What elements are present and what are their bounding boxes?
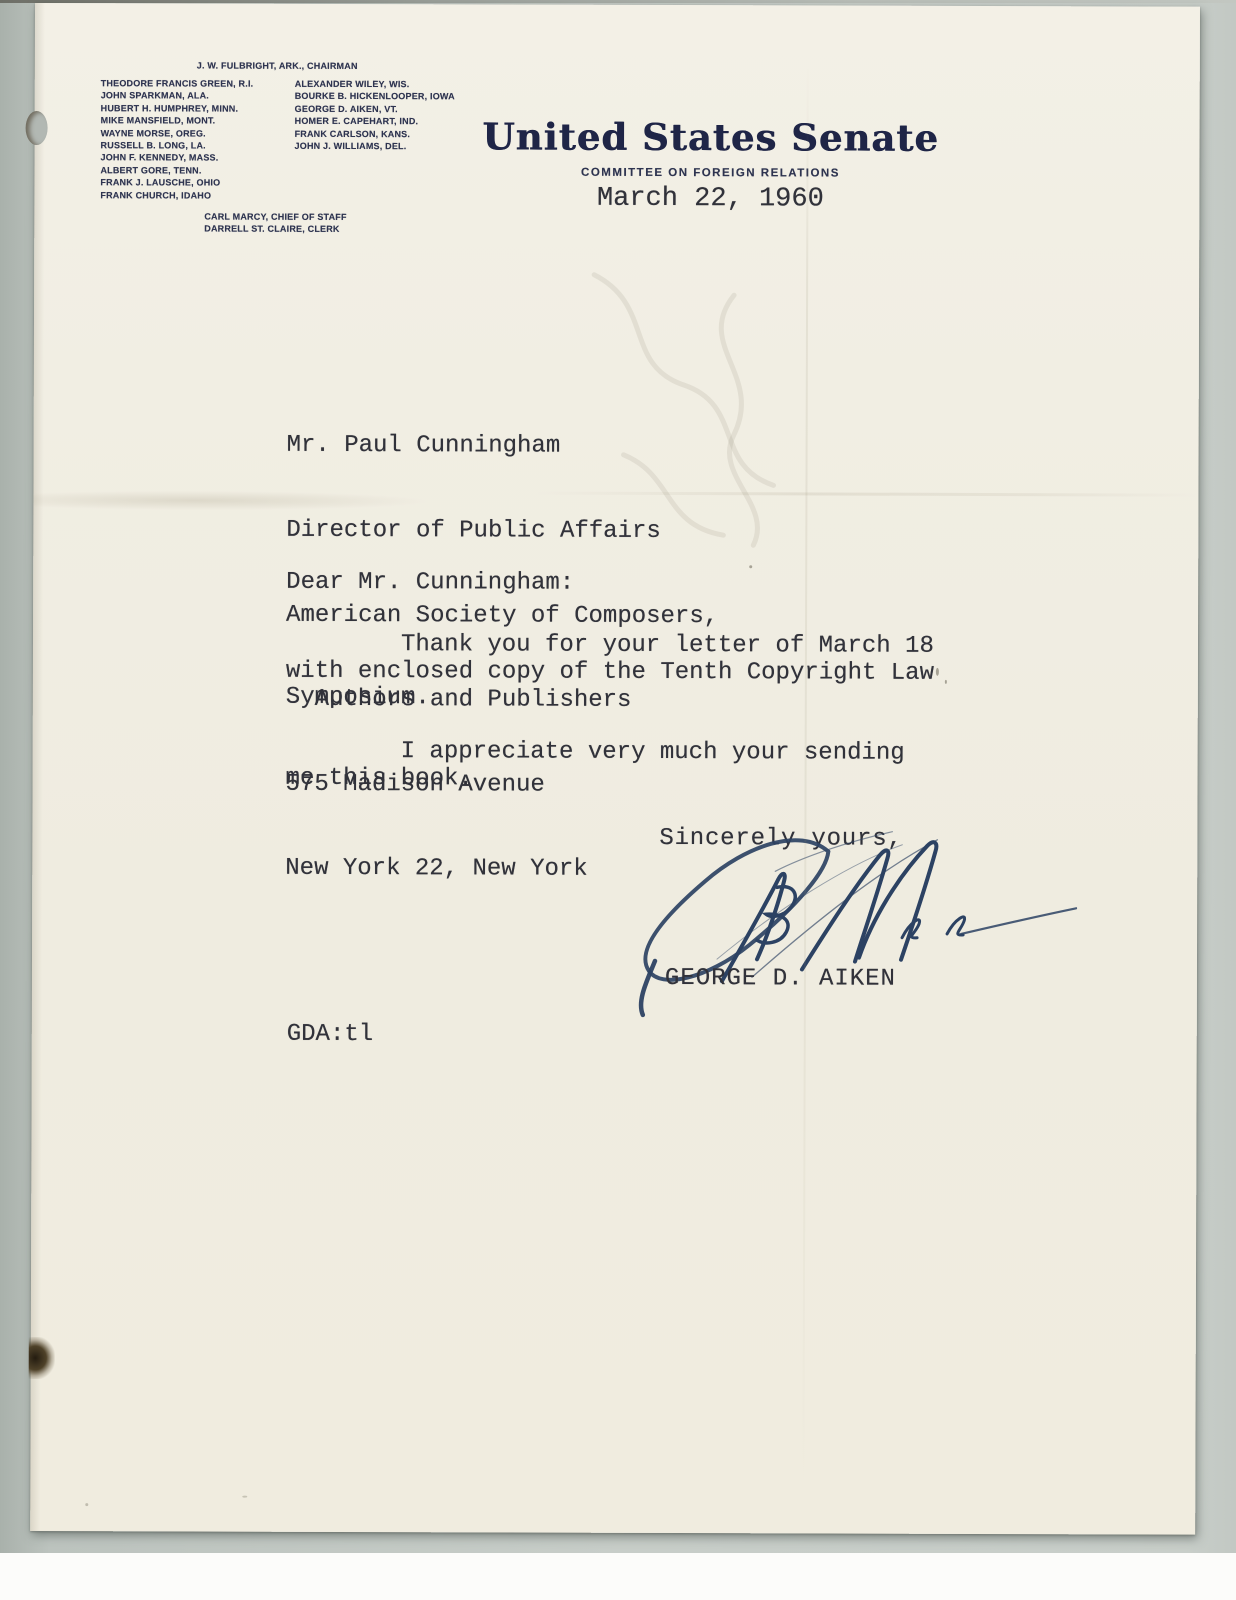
body-paragraph-2: I appreciate very much your sending me t… xyxy=(286,739,986,794)
senator-name: THEODORE FRANCIS GREEN, R.I. xyxy=(101,77,254,90)
senator-name: FRANK CHURCH, IDAHO xyxy=(100,189,253,202)
ink-speck xyxy=(936,668,939,676)
horizontal-fold-crease-left xyxy=(33,485,573,517)
salutation: Dear Mr. Cunningham: xyxy=(286,569,574,598)
senator-name: JOHN SPARKMAN, ALA. xyxy=(101,90,254,103)
staff-name: DARRELL ST. CLAIRE, CLERK xyxy=(204,223,346,236)
paper-impression-marks xyxy=(533,235,974,596)
recipient-line: American Society of Composers, xyxy=(286,601,718,631)
staff-name: CARL MARCY, CHIEF OF STAFF xyxy=(204,211,346,224)
body-paragraph-1: Thank you for your letter of March 18 wi… xyxy=(286,632,986,714)
masthead: United States Senate COMMITTEE ON FOREIG… xyxy=(374,4,1047,226)
senators-left-column: THEODORE FRANCIS GREEN, R.I. JOHN SPARKM… xyxy=(100,77,253,202)
reference-initials: GDA:tl xyxy=(287,1021,374,1049)
senator-name: MIKE MANSFIELD, MONT. xyxy=(101,114,254,127)
dust-speck xyxy=(749,565,752,568)
senator-name: HUBERT H. HUMPHREY, MINN. xyxy=(101,102,254,115)
senator-name: WAYNE MORSE, OREG. xyxy=(101,127,254,140)
committee-staff-block: CARL MARCY, CHIEF OF STAFF DARRELL ST. C… xyxy=(204,211,346,236)
signer-typed-name: GEORGE D. AIKEN xyxy=(665,965,896,994)
senator-name: ALBERT GORE, TENN. xyxy=(100,164,253,177)
scanned-letter-background: J. W. FULBRIGHT, ARK., CHAIRMAN THEODORE… xyxy=(0,0,1236,1600)
left-edge-dark-spot xyxy=(29,1337,55,1379)
committee-title: COMMITTEE ON FOREIGN RELATIONS xyxy=(374,166,1046,180)
chairman-line: J. W. FULBRIGHT, ARK., CHAIRMAN xyxy=(197,60,358,73)
senator-name: FRANK J. LAUSCHE, OHIO xyxy=(100,176,253,189)
scanner-mat-white-strip xyxy=(0,1553,1236,1600)
paper-left-edge-shading xyxy=(30,3,45,1531)
dust-speck xyxy=(242,1496,247,1498)
ink-speck xyxy=(945,680,947,684)
senator-name: JOHN F. KENNEDY, MASS. xyxy=(100,152,253,165)
senate-title: United States Senate xyxy=(375,116,1047,158)
letter-page: J. W. FULBRIGHT, ARK., CHAIRMAN THEODORE… xyxy=(30,3,1200,1535)
dust-speck xyxy=(85,1503,88,1506)
letter-date: March 22, 1960 xyxy=(374,182,1046,216)
left-edge-tear-notch xyxy=(26,111,48,145)
senator-name: RUSSELL B. LONG, LA. xyxy=(101,139,254,152)
